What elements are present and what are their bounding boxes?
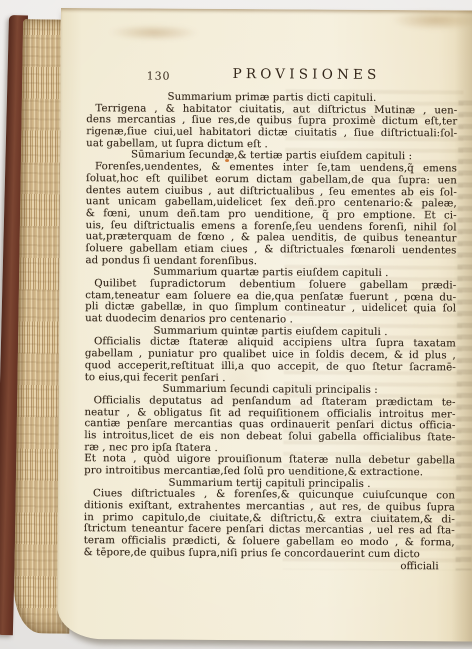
text-line: & tēpore,de quibus ſupra,niſi prius ſe c… (84, 547, 455, 561)
book-page: 130 PROVISIONES Summarium primæ partis d… (57, 8, 472, 642)
page-number: 130 (147, 70, 171, 83)
ink-blemish (225, 159, 229, 162)
catchword: officiali (84, 559, 455, 573)
running-header: 130 PROVISIONES (87, 62, 458, 88)
page-stain (109, 24, 199, 41)
text-line: pro introitibus mercantiæ,ſed ſolū pro u… (84, 465, 455, 479)
text-line: uat duodecim denarios pro centenario . (85, 313, 456, 327)
page-stain (391, 10, 472, 31)
verso-showthrough-margin (456, 100, 472, 570)
text-body: Summarium primæ partis dicti capituli.Te… (84, 91, 458, 561)
book-photo: 130 PROVISIONES Summarium primæ partis d… (0, 0, 472, 649)
text-block: 130 PROVISIONES Summarium primæ partis d… (84, 62, 458, 572)
running-title: PROVISIONES (233, 66, 381, 83)
